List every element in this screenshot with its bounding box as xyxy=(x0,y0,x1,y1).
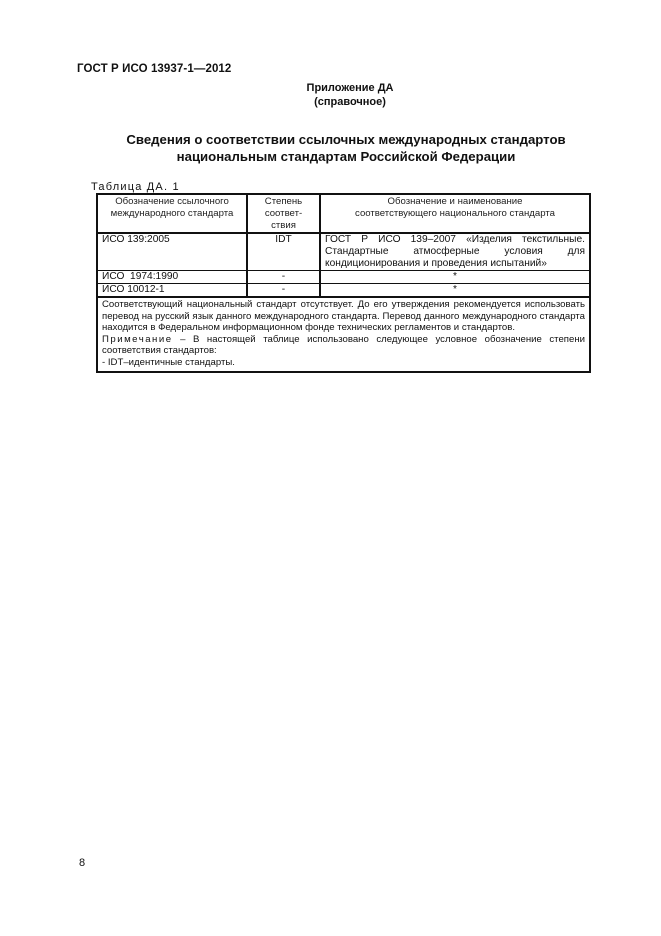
cell-international-standard: ИСО 139:2005 xyxy=(97,233,247,271)
section-title-line-1: Сведения о соответствии ссылочных междун… xyxy=(96,131,596,148)
table-footnote: Соответствующий национальный стандарт от… xyxy=(97,297,590,372)
table-row: ИСО 139:2005 IDT ГОСТ Р ИСО 139–2007 «Из… xyxy=(97,233,590,271)
cell-degree: - xyxy=(247,271,320,284)
note-text: – В настоящей таблице использовано следу… xyxy=(102,334,585,357)
table-note: Примечание – В настоящей таблице использ… xyxy=(102,334,585,357)
annex-title: Приложение ДА xyxy=(290,81,410,95)
correspondence-table: Обозначение ссылочного международного ст… xyxy=(96,193,591,373)
asterisk-note: Соответствующий национальный стандарт от… xyxy=(102,299,585,334)
document-code: ГОСТ Р ИСО 13937-1—2012 xyxy=(77,63,231,75)
cell-degree: - xyxy=(247,284,320,298)
cell-national-standard: * xyxy=(320,271,590,284)
note-label: Примечание xyxy=(102,334,173,345)
legend-item-idt: - IDT–идентичные стандарты. xyxy=(102,357,585,369)
annex-heading: Приложение ДА (справочное) xyxy=(290,81,410,109)
table-row: ИСО 10012-1 - * xyxy=(97,284,590,298)
cell-national-standard: ГОСТ Р ИСО 139–2007 «Изделия текстильные… xyxy=(320,233,590,271)
cell-degree: IDT xyxy=(247,233,320,271)
cell-international-standard: ИСО 10012-1 xyxy=(97,284,247,298)
header-national-standard: Обозначение и наименование соответствующ… xyxy=(320,194,590,233)
header-international-standard: Обозначение ссылочного международного ст… xyxy=(97,194,247,233)
cell-international-standard: ИСО 1974:1990 xyxy=(97,271,247,284)
section-title-line-2: национальным стандартам Российской Федер… xyxy=(96,148,596,165)
cell-national-standard: * xyxy=(320,284,590,298)
table-footnote-row: Соответствующий национальный стандарт от… xyxy=(97,297,590,372)
section-title: Сведения о соответствии ссылочных междун… xyxy=(96,131,596,165)
table-caption: Таблица ДА. 1 xyxy=(91,181,180,193)
table-row: ИСО 1974:1990 - * xyxy=(97,271,590,284)
page-number: 8 xyxy=(79,857,85,869)
annex-type: (справочное) xyxy=(290,95,410,109)
table-header-row: Обозначение ссылочного международного ст… xyxy=(97,194,590,233)
header-degree: Степень соответ- ствия xyxy=(247,194,320,233)
